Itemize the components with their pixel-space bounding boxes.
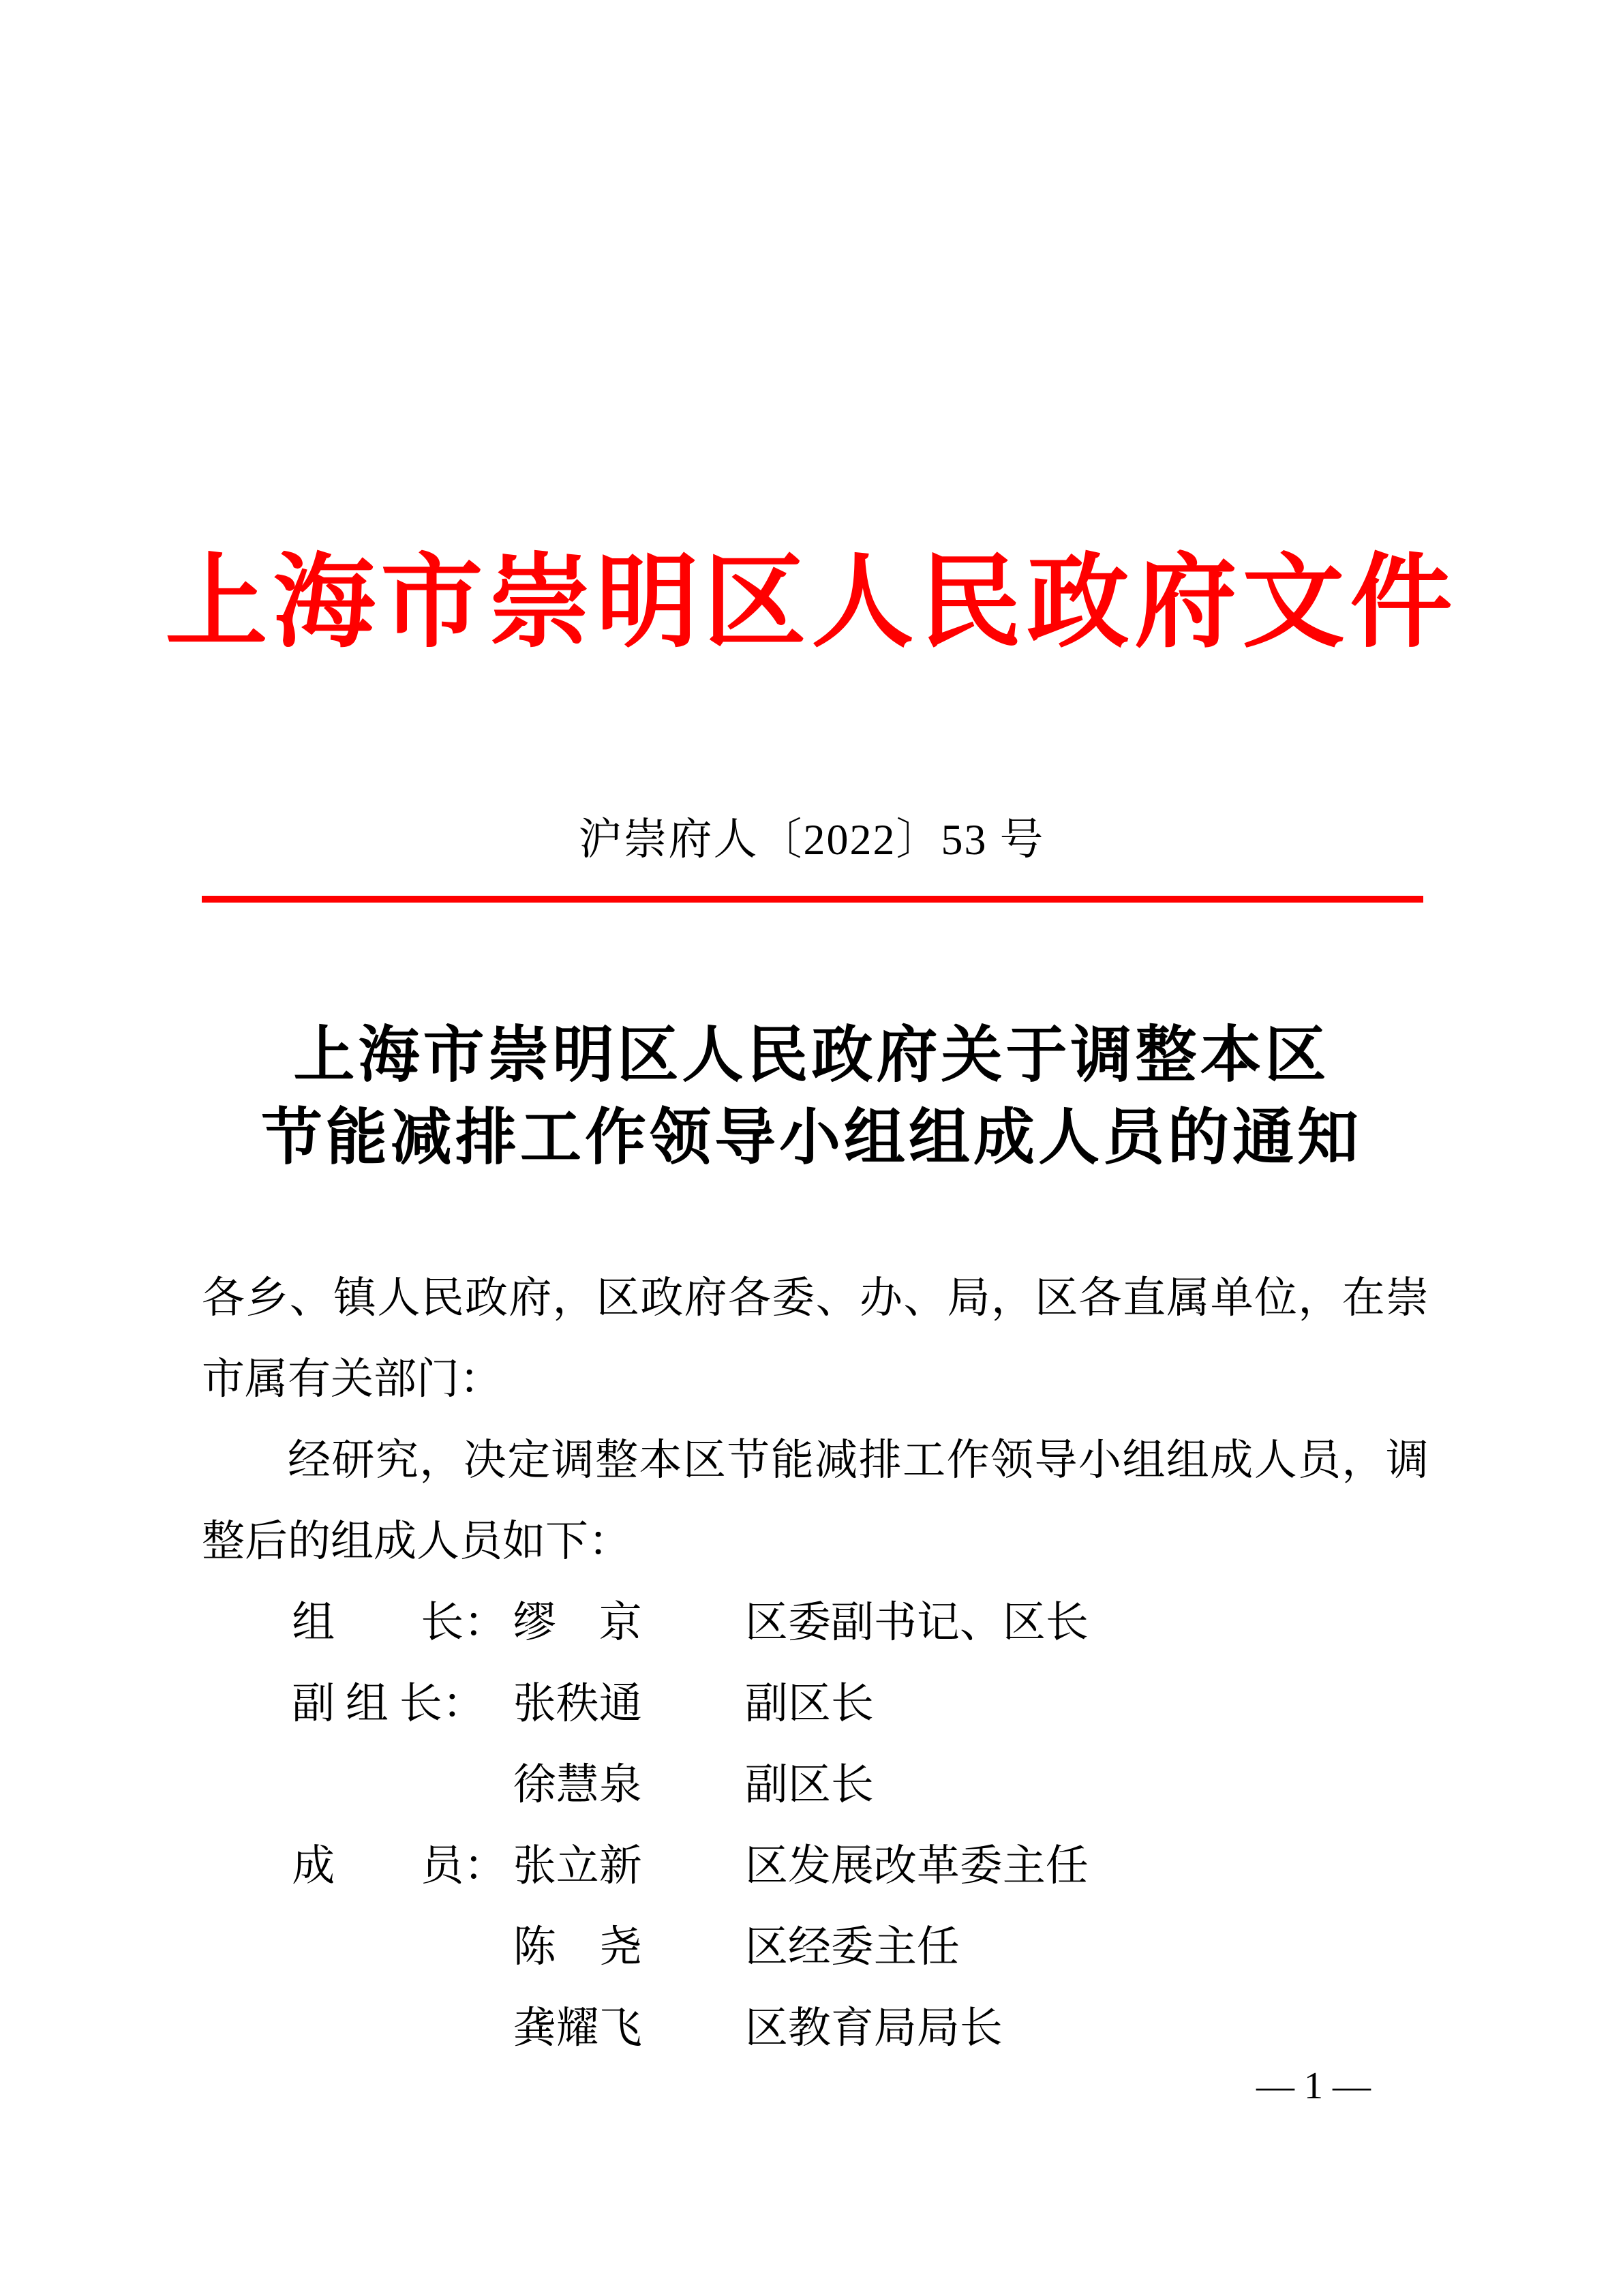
roster-name: 张秩通 bbox=[513, 1663, 745, 1744]
roster-role bbox=[292, 1988, 513, 2069]
roster-role bbox=[292, 1907, 513, 1988]
roster-name: 徐慧泉 bbox=[513, 1744, 745, 1826]
roster-row: 组 长： 缪 京 区委副书记、区长 bbox=[202, 1582, 1429, 1663]
roster-row: 龚耀飞 区教育局局长 bbox=[202, 1988, 1429, 2069]
roster-row: 陈 尧 区经委主任 bbox=[202, 1907, 1429, 1988]
document-title-line2: 节能减排工作领导小组组成人员的通知 bbox=[0, 1097, 1623, 1179]
document-title: 上海市崇明区人民政府关于调整本区 节能减排工作领导小组组成人员的通知 bbox=[0, 1014, 1623, 1179]
roster-title: 区经委主任 bbox=[745, 1907, 1429, 1988]
addressee-line-1: 各乡、镇人民政府，区政府各委、办、局，区各直属单位，在崇 bbox=[202, 1258, 1429, 1339]
roster-title: 区发展改革委主任 bbox=[745, 1826, 1429, 1907]
red-divider-rule bbox=[202, 896, 1423, 903]
roster-row: 徐慧泉 副区长 bbox=[202, 1744, 1429, 1826]
roster-name: 张立新 bbox=[513, 1826, 745, 1907]
roster-title: 副区长 bbox=[745, 1663, 1429, 1744]
roster-role: 组 长： bbox=[292, 1582, 513, 1663]
document-body: 各乡、镇人民政府，区政府各委、办、局，区各直属单位，在崇 市属有关部门： 经研究… bbox=[202, 1258, 1429, 2069]
paragraph-line-1: 经研究，决定调整本区节能减排工作领导小组组成人员，调 bbox=[202, 1420, 1429, 1501]
paragraph-line-2: 整后的组成人员如下： bbox=[202, 1501, 1429, 1582]
document-number: 沪崇府人〔2022〕53 号 bbox=[0, 815, 1623, 864]
document-page: 上海市崇明区人民政府文件 沪崇府人〔2022〕53 号 上海市崇明区人民政府关于… bbox=[0, 0, 1623, 2296]
roster-name: 龚耀飞 bbox=[513, 1988, 745, 2069]
roster-name: 缪 京 bbox=[513, 1582, 745, 1663]
roster-row: 成 员： 张立新 区发展改革委主任 bbox=[202, 1826, 1429, 1907]
page-number: — 1 — bbox=[1256, 2066, 1371, 2106]
document-title-line1: 上海市崇明区人民政府关于调整本区 bbox=[0, 1014, 1623, 1097]
roster-title: 区委副书记、区长 bbox=[745, 1582, 1429, 1663]
roster-row: 副 组 长： 张秩通 副区长 bbox=[202, 1663, 1429, 1744]
roster-title: 区教育局局长 bbox=[745, 1988, 1429, 2069]
addressee-line-2: 市属有关部门： bbox=[202, 1339, 1429, 1420]
roster-role: 副 组 长： bbox=[292, 1663, 513, 1744]
roster-title: 副区长 bbox=[745, 1744, 1429, 1826]
roster-name: 陈 尧 bbox=[513, 1907, 745, 1988]
roster-role bbox=[292, 1744, 513, 1826]
roster-role: 成 员： bbox=[292, 1826, 513, 1907]
issuer-header-title: 上海市崇明区人民政府文件 bbox=[0, 545, 1623, 661]
